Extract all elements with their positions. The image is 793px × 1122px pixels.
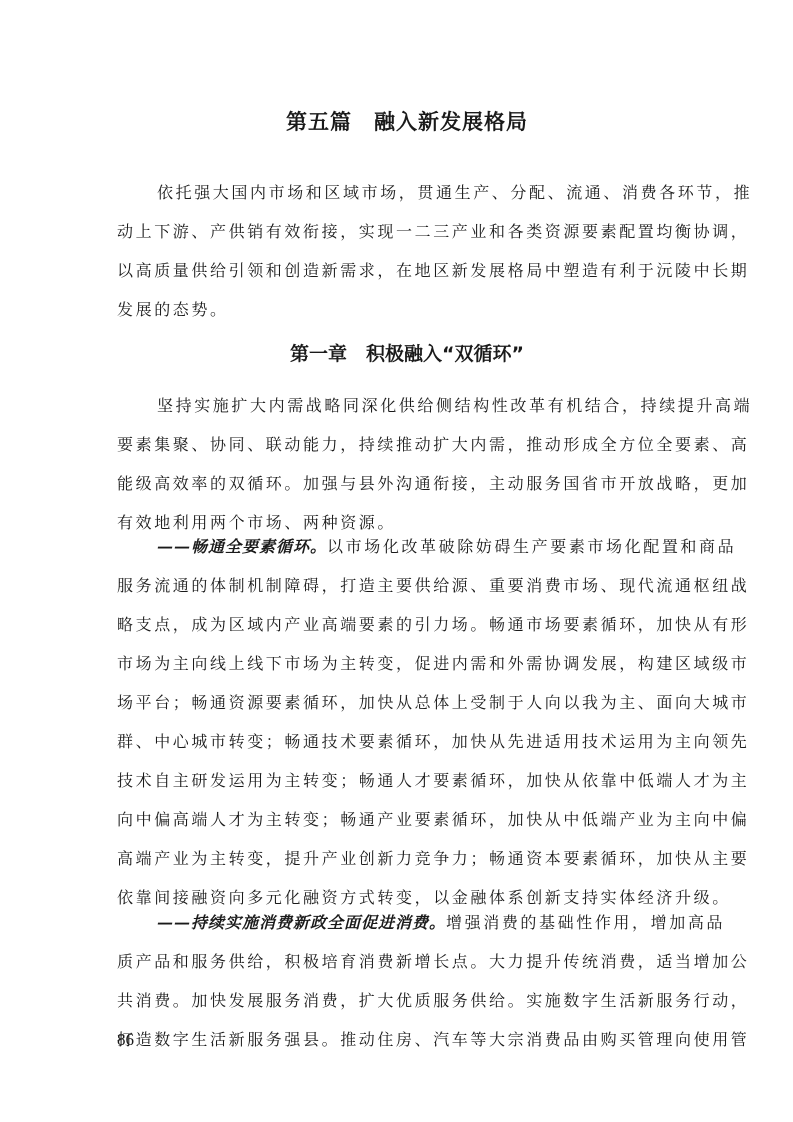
text-line: 发展的态势。 bbox=[117, 290, 697, 329]
text-line: 技术自主研发运用为主转变；畅通人才要素循环，加快从依靠中低端人才为主 bbox=[117, 761, 697, 800]
text-line: ——持续实施消费新政全面促进消费。增强消费的基础性作用，增加高品 bbox=[117, 903, 697, 942]
text-line: 高端产业为主转变，提升产业创新力竞争力；畅通资本要素循环，加快从主要 bbox=[117, 839, 697, 878]
text-line: 依托强大国内市场和区域市场，贯通生产、分配、流通、消费各环节，推 bbox=[117, 173, 697, 212]
text-line: 服务流通的体制机制障碍，打造主要供给源、重要消费市场、现代流通枢纽战 bbox=[117, 566, 697, 605]
text-line: 动上下游、产供销有效衔接，实现一二三产业和各类资源要素配置均衡协调， bbox=[117, 212, 697, 251]
text-line: 共消费。加快发展服务消费，扩大优质服务供给。实施数字生活新服务行动， bbox=[117, 981, 697, 1020]
text-line: 要素集聚、协同、联动能力，持续推动扩大内需，推动形成全方位全要素、高 bbox=[117, 425, 697, 464]
text-line: 打造数字生活新服务强县。推动住房、汽车等大宗消费品由购买管理向使用管 bbox=[117, 1020, 697, 1059]
text-line: ——畅通全要素循环。以市场化改革破除妨碍生产要素市场化配置和商品 bbox=[117, 527, 697, 566]
text-line: 市场为主向线上线下市场为主转变，促进内需和外需协调发展，构建区域级市 bbox=[117, 644, 697, 683]
part-title: 第五篇 融入新发展格局 bbox=[117, 106, 697, 136]
text-line: 群、中心城市转变；畅通技术要素循环，加快从先进适用技术运用为主向领先 bbox=[117, 722, 697, 761]
section-full-factor-circulation: ——畅通全要素循环。以市场化改革破除妨碍生产要素市场化配置和商品 服务流通的体制… bbox=[117, 527, 697, 917]
text-line: 以高质量供给引领和创造新需求，在地区新发展格局中塑造有利于沅陵中长期 bbox=[117, 251, 697, 290]
section-text: 增强消费的基础性作用，增加高品 bbox=[446, 913, 725, 932]
text-line: 向中偏高端人才为主转变；畅通产业要素循环，加快从中低端产业为主向中偏 bbox=[117, 800, 697, 839]
intro-paragraph: 依托强大国内市场和区域市场，贯通生产、分配、流通、消费各环节，推 动上下游、产供… bbox=[117, 173, 697, 329]
section-consumption: ——持续实施消费新政全面促进消费。增强消费的基础性作用，增加高品 质产品和服务供… bbox=[117, 903, 697, 1059]
text-line: 能级高效率的双循环。加强与县外沟通衔接，主动服务国省市开放战略，更加 bbox=[117, 464, 697, 503]
section-lead: ——畅通全要素循环。 bbox=[157, 537, 327, 556]
chapter-intro-paragraph: 坚持实施扩大内需战略同深化供给侧结构性改革有机结合，持续提升高端 要素集聚、协同… bbox=[117, 386, 697, 542]
text-line: 质产品和服务供给，积极培育消费新增长点。大力提升传统消费，适当增加公 bbox=[117, 942, 697, 981]
text-line: 场平台；畅通资源要素循环，加快从总体上受制于人向以我为主、面向大城市 bbox=[117, 683, 697, 722]
section-text: 以市场化改革破除妨碍生产要素市场化配置和商品 bbox=[327, 537, 736, 556]
text-line: 坚持实施扩大内需战略同深化供给侧结构性改革有机结合，持续提升高端 bbox=[117, 386, 697, 425]
section-lead: ——持续实施消费新政全面促进消费。 bbox=[157, 913, 446, 932]
text-line: 略支点，成为区域内产业高端要素的引力场。畅通市场要素循环，加快从有形 bbox=[117, 605, 697, 644]
page-number: 86 bbox=[117, 1030, 134, 1050]
chapter-title: 第一章 积极融入“双循环” bbox=[117, 339, 697, 366]
